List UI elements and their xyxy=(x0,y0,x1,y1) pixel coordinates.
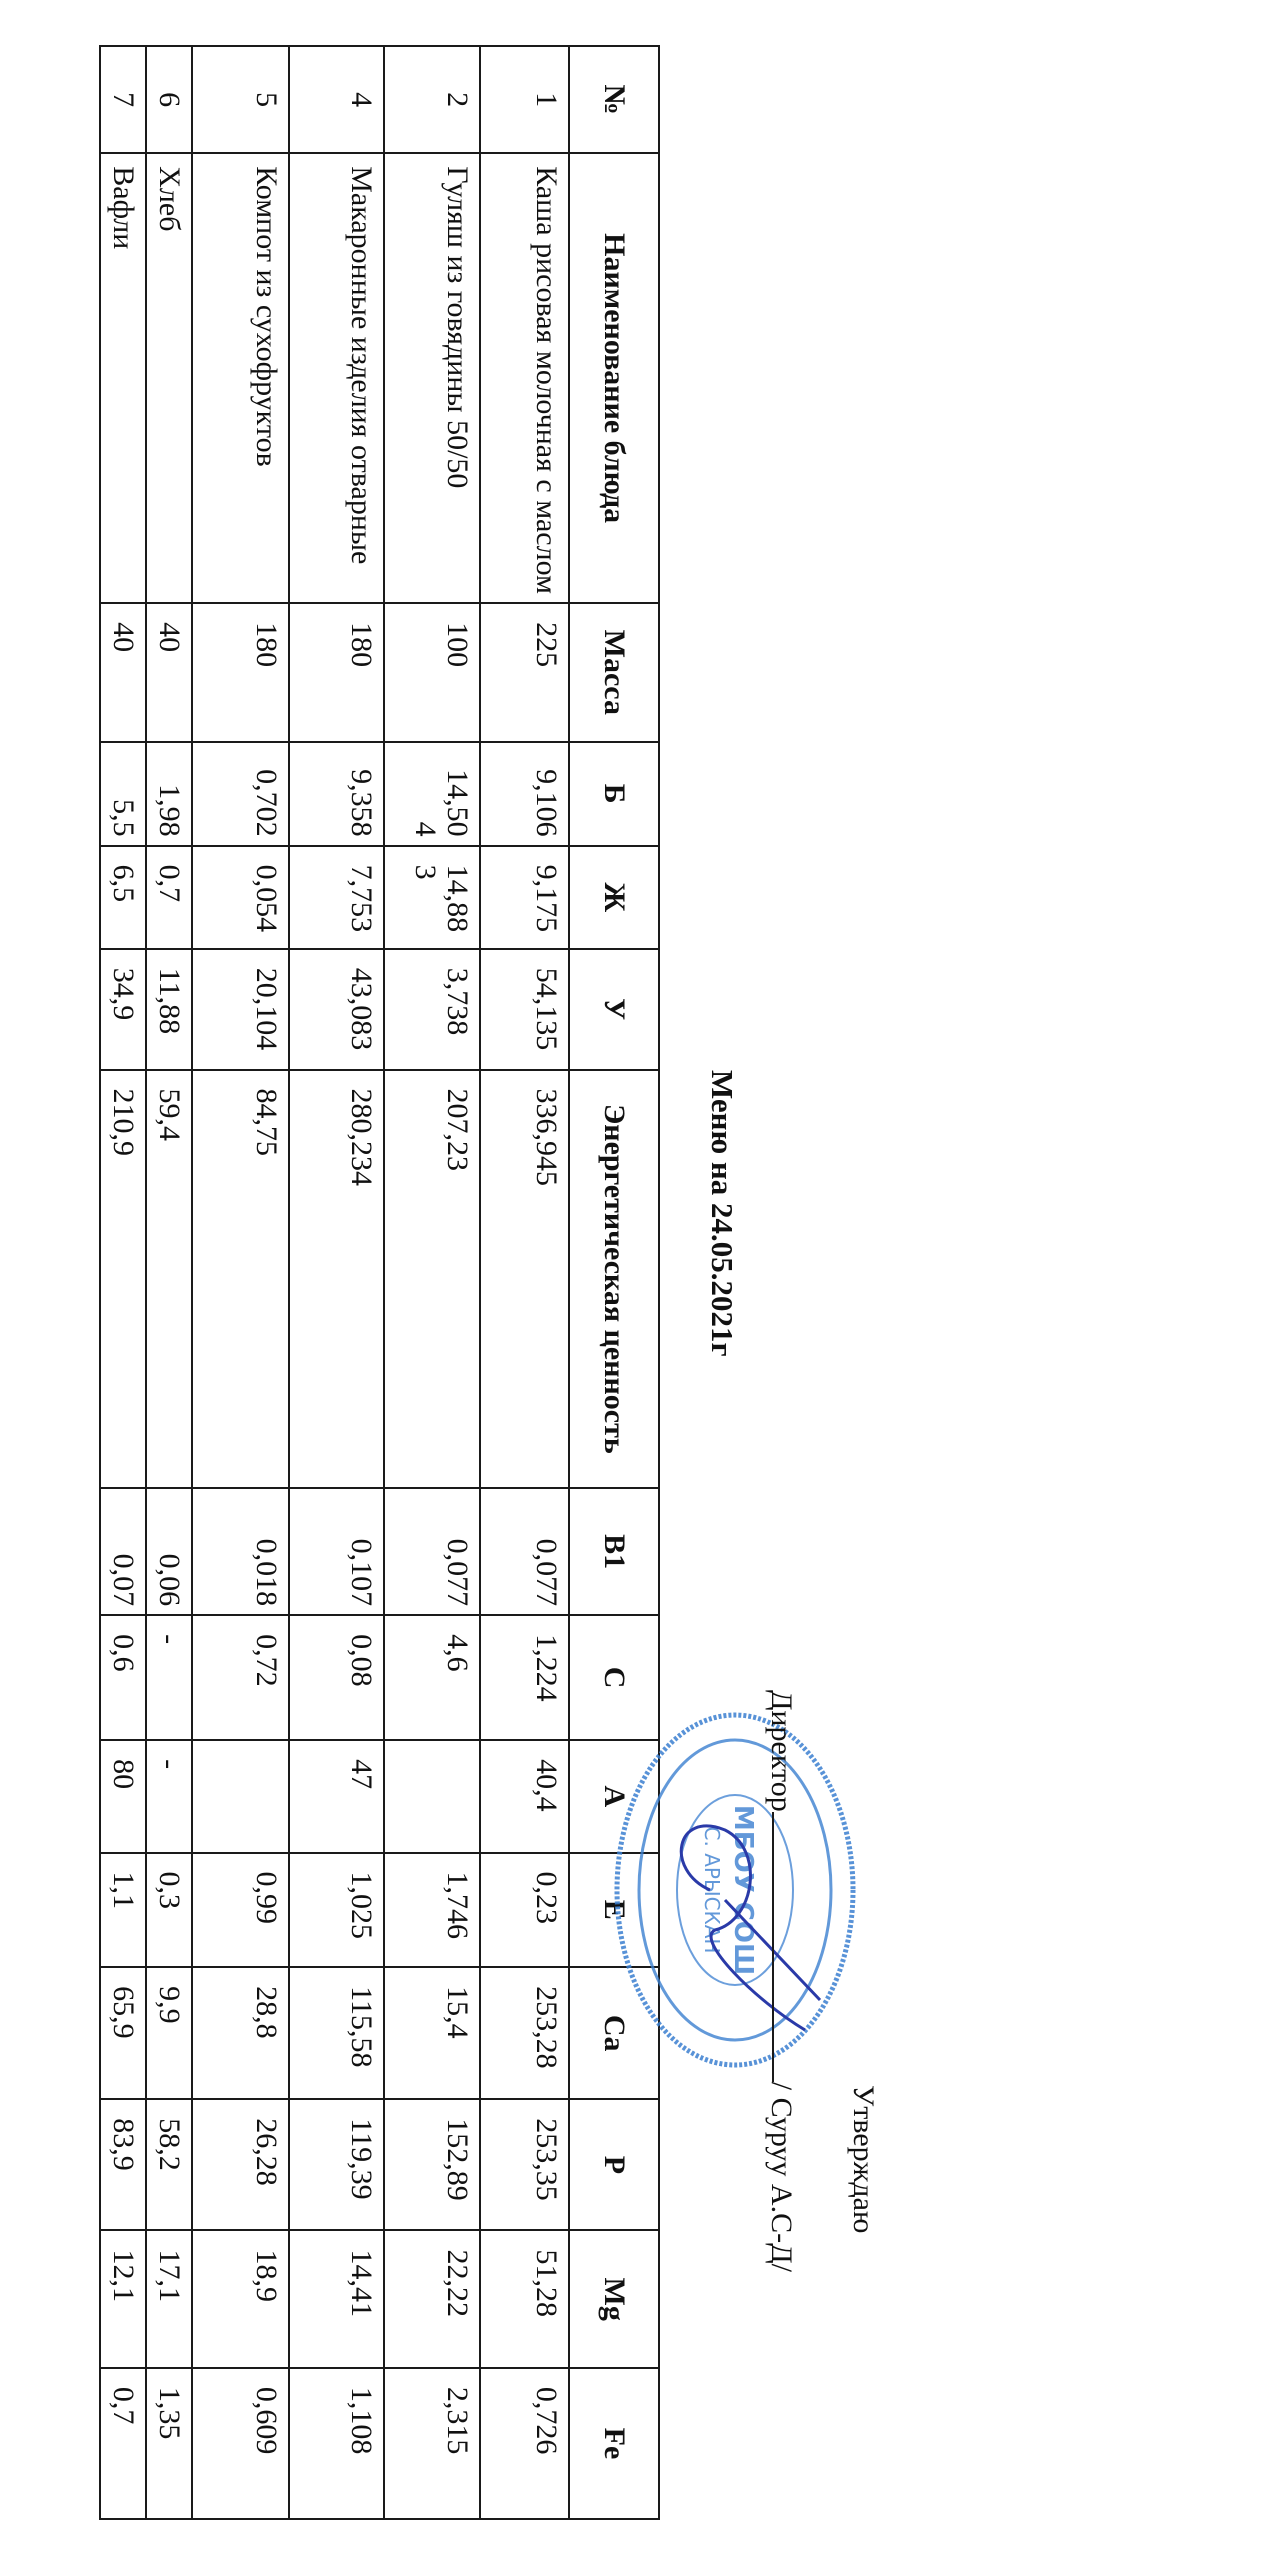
cell-b1: 0,07 xyxy=(100,1488,146,1615)
column-header: Ж xyxy=(569,846,659,949)
column-header: Е xyxy=(569,1853,659,1968)
cell-b1: 0,077 xyxy=(480,1488,569,1615)
cell-e: 1,746 xyxy=(384,1853,480,1968)
cell-b: 5,5 xyxy=(100,742,146,846)
cell-b: 1,98 xyxy=(146,742,192,846)
cell-b1: 0,018 xyxy=(192,1488,289,1615)
cell-ca: 28,8 xyxy=(192,1967,289,2099)
cell-energy: 84,75 xyxy=(192,1070,289,1489)
column-header: P xyxy=(569,2099,659,2230)
cell-b: 9,358 xyxy=(289,742,384,846)
cell-c: 0,72 xyxy=(192,1615,289,1740)
menu-table: №Наименование блюдаМассаБЖУЭнергетическа… xyxy=(99,45,660,2520)
cell-mass: 100 xyxy=(384,603,480,741)
cell-e: 1,1 xyxy=(100,1853,146,1968)
table-row: 5Компот из сухофруктов1800,7020,05420,10… xyxy=(192,46,289,2519)
cell-mass: 225 xyxy=(480,603,569,741)
cell-a: - xyxy=(146,1740,192,1852)
column-header: Fe xyxy=(569,2368,659,2519)
cell-c: 0,08 xyxy=(289,1615,384,1740)
cell-no: 4 xyxy=(289,46,384,153)
cell-zh: 0,054 xyxy=(192,846,289,949)
signature-line: Директор/ Суруу А.С-Д/ xyxy=(764,1690,800,2272)
column-header: № xyxy=(569,46,659,153)
cell-mass: 180 xyxy=(289,603,384,741)
cell-c: - xyxy=(146,1615,192,1740)
cell-energy: 336,945 xyxy=(480,1070,569,1489)
cell-b: 9,106 xyxy=(480,742,569,846)
column-header: С xyxy=(569,1615,659,1740)
cell-e: 1,025 xyxy=(289,1853,384,1968)
column-header: В1 xyxy=(569,1488,659,1615)
column-header: Mg xyxy=(569,2230,659,2367)
column-header: Энергетическая ценность xyxy=(569,1070,659,1489)
cell-b1: 0,107 xyxy=(289,1488,384,1615)
cell-b1: 0,06 xyxy=(146,1488,192,1615)
cell-p: 58,2 xyxy=(146,2099,192,2230)
cell-p: 83,9 xyxy=(100,2099,146,2230)
cell-ca: 115,58 xyxy=(289,1967,384,2099)
cell-zh: 7,753 xyxy=(289,846,384,949)
cell-no: 1 xyxy=(480,46,569,153)
cell-zh: 0,7 xyxy=(146,846,192,949)
table-row: 7Вафли405,56,534,9210,90,070,6801,165,98… xyxy=(100,46,146,2519)
cell-u: 11,88 xyxy=(146,949,192,1070)
director-position: Директор xyxy=(765,1690,798,1812)
cell-name: Макаронные изделия отварные xyxy=(289,153,384,603)
cell-mg: 51,28 xyxy=(480,2230,569,2367)
approval-label: Утверждаю xyxy=(846,2085,880,2233)
cell-no: 5 xyxy=(192,46,289,153)
cell-c: 0,6 xyxy=(100,1615,146,1740)
cell-ca: 253,28 xyxy=(480,1967,569,2099)
column-header: Б xyxy=(569,742,659,846)
director-name: / Суруу А.С-Д/ xyxy=(765,2082,798,2272)
cell-p: 119,39 xyxy=(289,2099,384,2230)
cell-mg: 14,41 xyxy=(289,2230,384,2367)
cell-zh: 14,883 xyxy=(384,846,480,949)
cell-energy: 59,4 xyxy=(146,1070,192,1489)
cell-u: 3,738 xyxy=(384,949,480,1070)
svg-text:С. АРЫСКАН: С. АРЫСКАН xyxy=(700,1827,724,1954)
cell-energy: 210,9 xyxy=(100,1070,146,1489)
column-header: Ca xyxy=(569,1967,659,2099)
cell-name: Каша рисовая молочная с маслом xyxy=(480,153,569,603)
cell-mg: 17,1 xyxy=(146,2230,192,2367)
cell-p: 26,28 xyxy=(192,2099,289,2230)
cell-p: 253,35 xyxy=(480,2099,569,2230)
cell-b: 14,504 xyxy=(384,742,480,846)
cell-a: 40,4 xyxy=(480,1740,569,1852)
cell-a xyxy=(192,1740,289,1852)
cell-name: Гуляш из говядины 50/50 xyxy=(384,153,480,603)
menu-table-container: №Наименование блюдаМассаБЖУЭнергетическа… xyxy=(100,45,660,2520)
cell-mg: 12,1 xyxy=(100,2230,146,2367)
cell-u: 20,104 xyxy=(192,949,289,1070)
cell-ca: 15,4 xyxy=(384,1967,480,2099)
cell-energy: 207,23 xyxy=(384,1070,480,1489)
cell-c: 4,6 xyxy=(384,1615,480,1740)
svg-text:МБОУ СОШ: МБОУ СОШ xyxy=(728,1805,758,1975)
cell-fe: 1,108 xyxy=(289,2368,384,2519)
cell-name: Хлеб xyxy=(146,153,192,603)
cell-fe: 0,7 xyxy=(100,2368,146,2519)
cell-energy: 280,234 xyxy=(289,1070,384,1489)
cell-ca: 9,9 xyxy=(146,1967,192,2099)
cell-b1: 0,077 xyxy=(384,1488,480,1615)
cell-a: 47 xyxy=(289,1740,384,1852)
cell-fe: 1,35 xyxy=(146,2368,192,2519)
cell-c: 1,224 xyxy=(480,1615,569,1740)
table-row: 1Каша рисовая молочная с маслом2259,1069… xyxy=(480,46,569,2519)
cell-u: 54,135 xyxy=(480,949,569,1070)
cell-name: Вафли xyxy=(100,153,146,603)
column-header: Наименование блюда xyxy=(569,153,659,603)
cell-mg: 18,9 xyxy=(192,2230,289,2367)
cell-no: 2 xyxy=(384,46,480,153)
column-header: У xyxy=(569,949,659,1070)
cell-mass: 40 xyxy=(146,603,192,741)
cell-a xyxy=(384,1740,480,1852)
table-row: 6Хлеб401,980,711,8859,40,06--0,39,958,21… xyxy=(146,46,192,2519)
table-row: 2Гуляш из говядины 50/5010014,50414,8833… xyxy=(384,46,480,2519)
document-title: Меню на 24.05.2021г xyxy=(704,1070,740,1357)
cell-name: Компот из сухофруктов xyxy=(192,153,289,603)
table-row: 4Макаронные изделия отварные1809,3587,75… xyxy=(289,46,384,2519)
cell-e: 0,99 xyxy=(192,1853,289,1968)
cell-mass: 180 xyxy=(192,603,289,741)
signature-blank xyxy=(772,1812,800,2082)
cell-b: 0,702 xyxy=(192,742,289,846)
cell-ca: 65,9 xyxy=(100,1967,146,2099)
cell-a: 80 xyxy=(100,1740,146,1852)
column-header: А xyxy=(569,1740,659,1852)
cell-p: 152,89 xyxy=(384,2099,480,2230)
cell-fe: 2,315 xyxy=(384,2368,480,2519)
cell-e: 0,3 xyxy=(146,1853,192,1968)
cell-mass: 40 xyxy=(100,603,146,741)
cell-fe: 0,609 xyxy=(192,2368,289,2519)
cell-no: 6 xyxy=(146,46,192,153)
cell-fe: 0,726 xyxy=(480,2368,569,2519)
cell-e: 0,23 xyxy=(480,1853,569,1968)
cell-u: 34,9 xyxy=(100,949,146,1070)
cell-no: 7 xyxy=(100,46,146,153)
column-header: Масса xyxy=(569,603,659,741)
cell-zh: 9,175 xyxy=(480,846,569,949)
header-row: №Наименование блюдаМассаБЖУЭнергетическа… xyxy=(569,46,659,2519)
cell-zh: 6,5 xyxy=(100,846,146,949)
cell-u: 43,083 xyxy=(289,949,384,1070)
cell-mg: 22,22 xyxy=(384,2230,480,2367)
